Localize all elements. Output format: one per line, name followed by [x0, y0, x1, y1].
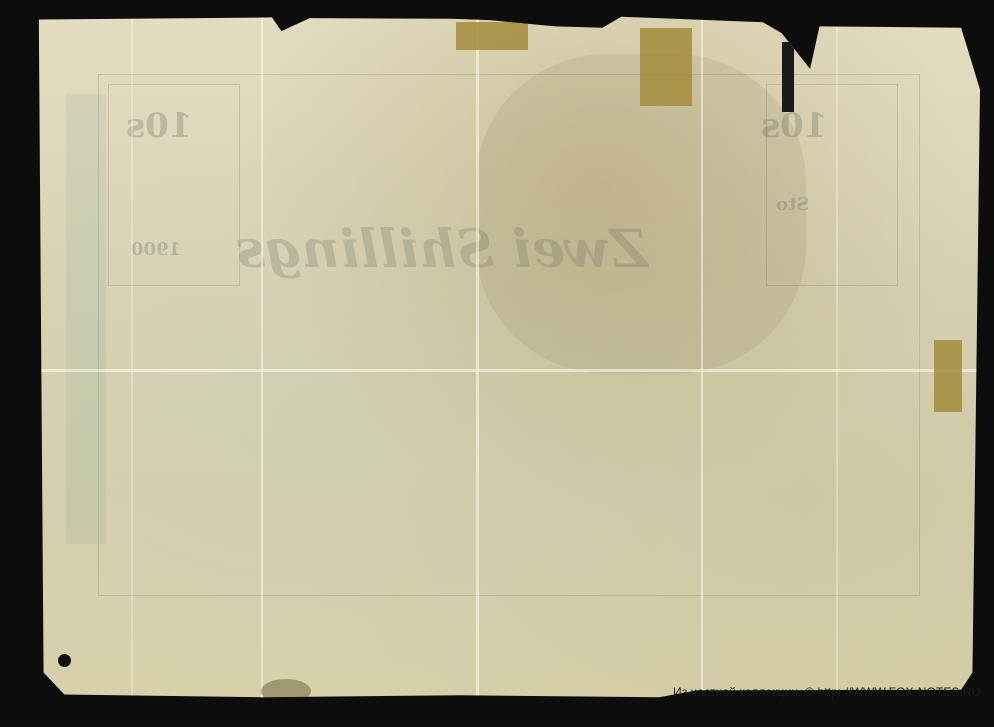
fold-vertical-left [261, 14, 263, 700]
watermark-caption: Из частной коллекции. © http: //WWW.FOX-… [673, 685, 981, 699]
stain-left-edge [66, 94, 106, 544]
fold-vertical-right [701, 14, 703, 700]
tape-top-2 [640, 28, 692, 106]
hole-bottom-left [58, 654, 71, 667]
fold-horizontal-center [36, 369, 980, 372]
banknote: 10s 10s Zwei Shillings 1900 Sto [36, 14, 980, 700]
stain-bottom [261, 679, 311, 703]
date-fragment: 1900 [131, 239, 181, 260]
fold-vertical-far-right [836, 14, 838, 700]
tape-right [934, 340, 962, 412]
tear-top-right [782, 42, 794, 112]
fold-vertical-center [476, 14, 479, 700]
tape-top-1 [456, 22, 528, 50]
fold-vertical-far-left [131, 14, 133, 700]
denomination-left: 10s [126, 106, 192, 146]
